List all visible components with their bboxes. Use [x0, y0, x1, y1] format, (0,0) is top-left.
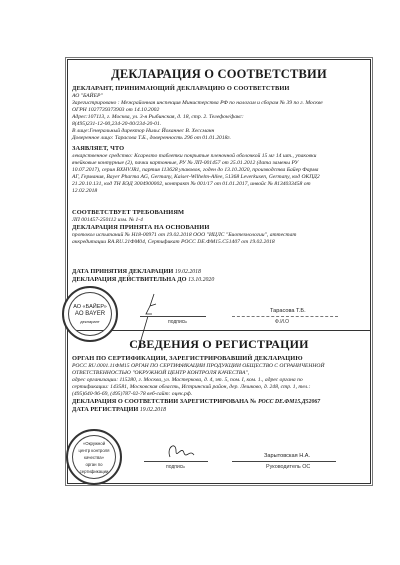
- stamp-text: «Окружной: [83, 440, 105, 447]
- registration-section: СВЕДЕНИЯ О РЕГИСТРАЦИИ ОРГАН ПО СЕРТИФИК…: [68, 331, 370, 483]
- signature-line: [144, 461, 208, 462]
- declarant-phone: 8(495)231-12-00,234-20-00/234-20-01.: [72, 121, 366, 128]
- signature-line: [140, 316, 206, 317]
- registration-number-value: РОСС DE.ФМ15.Д52067: [258, 399, 320, 405]
- certification-body-stamp: «Окружной центр контроля качества» орган…: [66, 429, 122, 485]
- stamp-text: центр контроля: [79, 447, 110, 454]
- valid-until-value: 13.10.2020: [188, 277, 214, 283]
- conforms-heading: СООТВЕТСТВУЕТ ТРЕБОВАНИЯМ: [72, 209, 366, 217]
- stamp-text: AO BAYER: [75, 311, 105, 318]
- stamp-text: качества»: [84, 454, 104, 461]
- declaration-document: ДЕКЛАРАЦИЯ О СООТВЕТСТВИИ ДЕКЛАРАНТ, ПРИ…: [67, 59, 371, 484]
- stamp-text: орган по: [86, 461, 103, 468]
- product-line: 10.07.2017), серия BXHVJR1, партия 11362…: [72, 167, 366, 174]
- stamp-text: декларант: [80, 318, 99, 325]
- cert-body-line: сертификации: 143581, Московская область…: [72, 384, 366, 391]
- registration-date-value: 19.02.2018: [140, 407, 166, 413]
- product-line: 21.20.10.131, код ТН ВЭД 3004900002, кон…: [72, 181, 366, 188]
- product-line: лекарственное средство: Ксарелто таблетк…: [72, 153, 366, 160]
- cert-body-line: ОТВЕТСТВЕННОСТЬЮ "ОКРУЖНОЙ ЦЕНТР КОНТРОЛ…: [72, 370, 366, 377]
- name-line: [232, 316, 338, 317]
- cert-body-heading: ОРГАН ПО СЕРТИФИКАЦИИ, ЗАРЕГИСТРИРОВАВШИ…: [72, 355, 366, 363]
- name-line: [232, 461, 336, 462]
- registration-title: СВЕДЕНИЯ О РЕГИСТРАЦИИ: [68, 331, 370, 352]
- registrar-signer-name: Зарытовская Н.А.: [264, 453, 310, 459]
- stamp-text: АО «БАЙЕР»: [73, 304, 107, 311]
- basis-line: аккредитации RA.RU.21ФМ04, Сертификат РО…: [72, 239, 366, 246]
- declarant-ogrn: ОГРН 1027739373903 от 14.10.2002: [72, 107, 366, 114]
- signature-caption: подпись: [166, 464, 185, 470]
- conforms-standard: ЛП 001457-250112 изм. № 1-4: [72, 217, 366, 224]
- declarant-proxy: Доверенное лицо: Тарасова Т.Б., доверенн…: [72, 135, 366, 142]
- registration-date: ДАТА РЕГИСТРАЦИИ 19.02.2018: [72, 406, 366, 414]
- declaration-title: ДЕКЛАРАЦИЯ О СООТВЕТСТВИИ: [68, 60, 370, 82]
- declarant-registration: Зарегистрировано : Межрайонная инспекция…: [72, 100, 366, 107]
- registration-date-label: ДАТА РЕГИСТРАЦИИ: [72, 406, 138, 413]
- declarant-director: В лице:Генеральный директор Нильс Йоханн…: [72, 128, 366, 135]
- registration-number: ДЕКЛАРАЦИЯ О СООТВЕТСТВИИ ЗАРЕГИСТРИРОВА…: [72, 398, 366, 406]
- signature-caption: подпись: [168, 319, 187, 325]
- declarant-address: Адрес:107113, г. Москва, ул. 3-я Рыбинск…: [72, 114, 366, 121]
- product-line: АГ, Германия, Bayer Pharma AG, Germany, …: [72, 174, 366, 181]
- basis-heading: ДЕКЛАРАЦИЯ ПРИНЯТА НА ОСНОВАНИИ: [72, 224, 366, 232]
- accepted-date-value: 19.02.2018: [175, 269, 201, 275]
- declarant-heading: ДЕКЛАРАНТ, ПРИНИМАЮЩИЙ ДЕКЛАРАЦИЮ О СООТ…: [72, 85, 366, 93]
- registrar-caption: Руководитель ОС: [266, 464, 310, 470]
- product-line: 12.02.2018: [72, 188, 366, 195]
- valid-until: ДЕКЛАРАЦИЯ ДЕЙСТВИТЕЛЬНА ДО 13.10.2020: [72, 276, 366, 284]
- cert-body-line: адрес организации: 115280, г. Москва, ул…: [72, 377, 366, 384]
- declarant-signer-name: Тарасова Т.Б.: [270, 308, 306, 314]
- valid-until-label: ДЕКЛАРАЦИЯ ДЕЙСТВИТЕЛЬНА ДО: [72, 276, 187, 283]
- registrar-signature: [164, 441, 200, 463]
- declarant-name: АО "БАЙЕР": [72, 93, 366, 100]
- states-heading: ЗАЯВЛЯЕТ, ЧТО: [72, 145, 366, 153]
- product-line: ячейковые контурные (2), пачки картонные…: [72, 160, 366, 167]
- cert-body-line: (495)640-96-69, (495)787-02-78 веб-сайт:…: [72, 391, 366, 398]
- signer-caption: Ф.И.О: [275, 319, 289, 325]
- registration-number-label: ДЕКЛАРАЦИЯ О СООТВЕТСТВИИ ЗАРЕГИСТРИРОВА…: [72, 398, 257, 405]
- declaration-section: ДЕКЛАРАЦИЯ О СООТВЕТСТВИИ ДЕКЛАРАНТ, ПРИ…: [68, 60, 370, 331]
- cert-body-line: РОСС RU.0001.11ФМ15 ОРГАН ПО СЕРТИФИКАЦИ…: [72, 363, 366, 370]
- accepted-date-label: ДАТА ПРИНЯТИЯ ДЕКЛАРАЦИИ: [72, 268, 173, 275]
- basis-line: протокол испытаний № Н18-00971 от 19.02.…: [72, 232, 366, 239]
- accepted-date: ДАТА ПРИНЯТИЯ ДЕКЛАРАЦИИ 19.02.2018: [72, 268, 366, 276]
- stamp-text: сертификации: [80, 468, 109, 475]
